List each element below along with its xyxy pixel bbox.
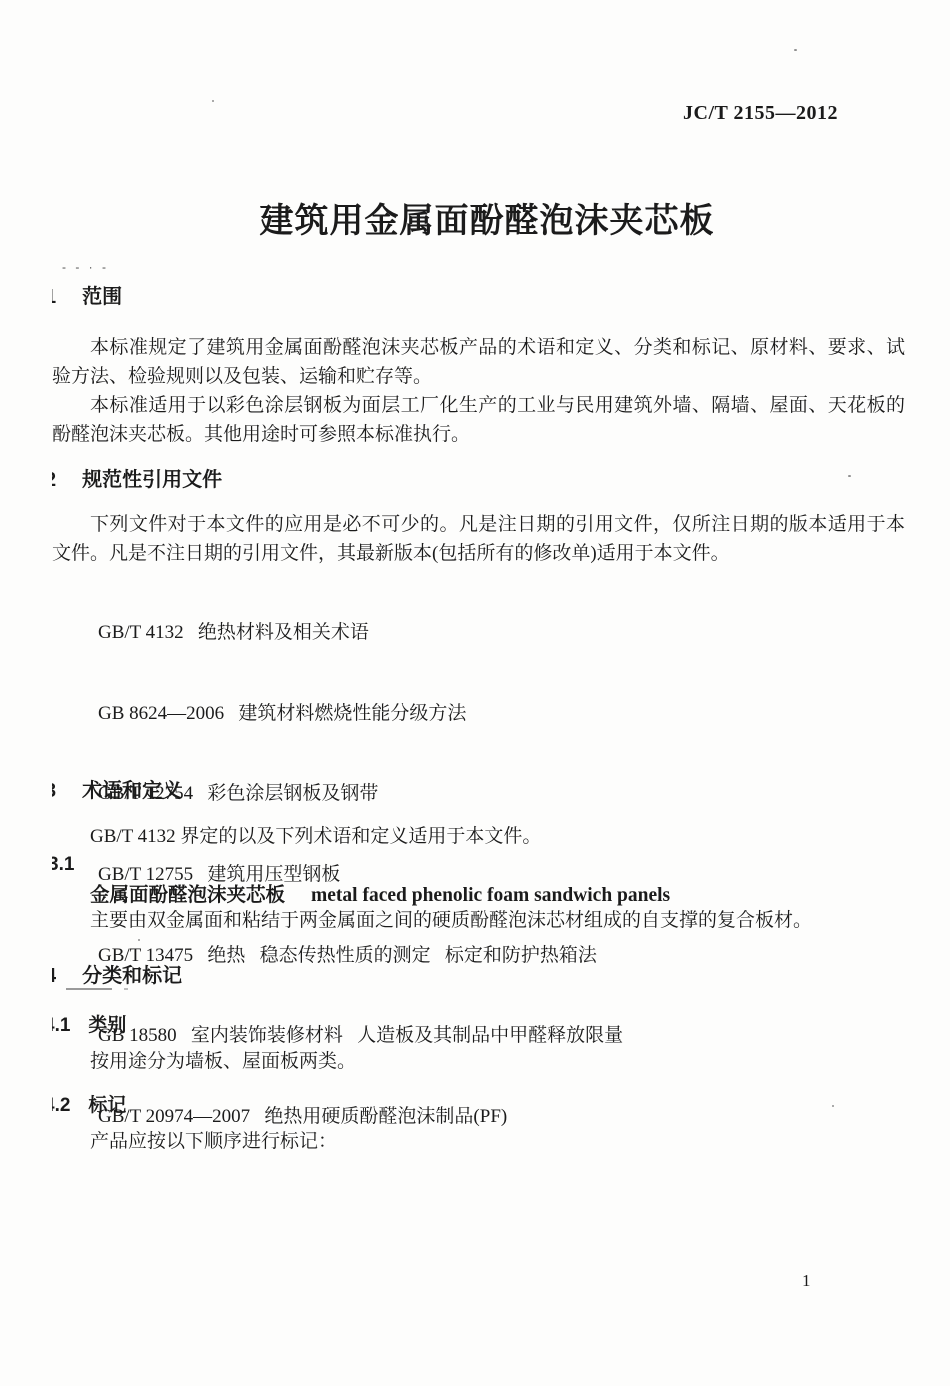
references-intro: 下列文件对于本文件的应用是必不可少的。凡是注日期的引用文件，仅所注日期的版本适用…: [52, 510, 905, 568]
section-heading-scope: 1范围: [52, 280, 122, 309]
clause-number: 4.2: [52, 1095, 70, 1117]
terms-intro: GB/T 4132 界定的以及下列术语和定义适用于本文件。: [52, 822, 905, 851]
paragraph: 产品应按以下顺序进行标记：: [52, 1127, 905, 1156]
subsection-heading-label: 类别: [88, 1015, 126, 1036]
clause-number: 4: [52, 965, 56, 988]
subsection-heading-marking: 4.2标记: [52, 1090, 126, 1117]
reference-item: GB/T 4132 绝热材料及相关术语: [98, 620, 623, 647]
category-body: 按用途分为墙板、屋面板两类。: [52, 1047, 905, 1076]
section-heading-terms: 3术语和定义: [52, 774, 182, 803]
reference-item: GB 8624—2006 建筑材料燃烧性能分级方法: [98, 701, 623, 728]
paragraph: 本标准规定了建筑用金属面酚醛泡沫夹芯板产品的术语和定义、分类和标记、原材料、要求…: [52, 333, 905, 391]
paragraph: 主要由双金属面和粘结于两金属面之间的硬质酚醛泡沫芯材组成的自支撑的复合板材。: [52, 906, 905, 935]
marking-body: 产品应按以下顺序进行标记：: [52, 1127, 905, 1156]
paragraph: 下列文件对于本文件的应用是必不可少的。凡是注日期的引用文件，仅所注日期的版本适用…: [52, 510, 905, 568]
section-heading-label: 范围: [82, 286, 122, 308]
section-heading-label: 规范性引用文件: [82, 469, 222, 491]
paragraph: 按用途分为墙板、屋面板两类。: [52, 1047, 905, 1076]
scope-paragraphs: 本标准规定了建筑用金属面酚醛泡沫夹芯板产品的术语和定义、分类和标记、原材料、要求…: [52, 333, 905, 449]
document-page: JC/T 2155—2012 建筑用金属面酚醛泡沫夹芯板 - - · - 1范围…: [0, 0, 950, 1386]
section-heading-label: 分类和标记: [82, 965, 182, 987]
clause-number-3-1: 3.1: [52, 854, 74, 876]
clause-number: 3: [52, 780, 56, 803]
scan-artifact-dashes: - - · -: [62, 260, 109, 274]
section-heading-label: 术语和定义: [82, 780, 182, 802]
scan-speck: [138, 939, 140, 941]
clause-number: 1: [52, 286, 56, 309]
scan-speck: [848, 475, 851, 477]
term-chinese: 金属面酚醛泡沫夹芯板: [90, 884, 285, 906]
page-number: 1: [802, 1271, 811, 1291]
section-heading-references: 2规范性引用文件: [52, 463, 222, 492]
term-definition: 主要由双金属面和粘结于两金属面之间的硬质酚醛泡沫芯材组成的自支撑的复合板材。: [52, 906, 905, 935]
reference-list: GB/T 4132 绝热材料及相关术语 GB 8624—2006 建筑材料燃烧性…: [98, 566, 623, 1185]
section-heading-classification: 4分类和标记: [52, 959, 182, 988]
subsection-heading-label: 标记: [88, 1095, 126, 1116]
clause-number: 4.1: [52, 1015, 70, 1037]
standard-code: JC/T 2155—2012: [683, 102, 838, 125]
subsection-heading-category: 4.1类别: [52, 1010, 126, 1037]
paragraph: GB/T 4132 界定的以及下列术语和定义适用于本文件。: [52, 822, 905, 851]
paragraph: 本标准适用于以彩色涂层钢板为面层工厂化生产的工业与民用建筑外墙、隔墙、屋面、天花…: [52, 391, 905, 449]
scan-speck: [832, 1105, 834, 1107]
scan-speck: [212, 100, 214, 102]
term-english: metal faced phenolic foam sandwich panel…: [311, 885, 670, 906]
scan-speck: [794, 49, 797, 51]
document-title: 建筑用金属面酚醛泡沫夹芯板: [0, 193, 950, 242]
scan-artifact-line: [66, 988, 112, 990]
clause-number: 2: [52, 469, 56, 492]
term-entry: 金属面酚醛泡沫夹芯板metal faced phenolic foam sand…: [52, 879, 670, 907]
